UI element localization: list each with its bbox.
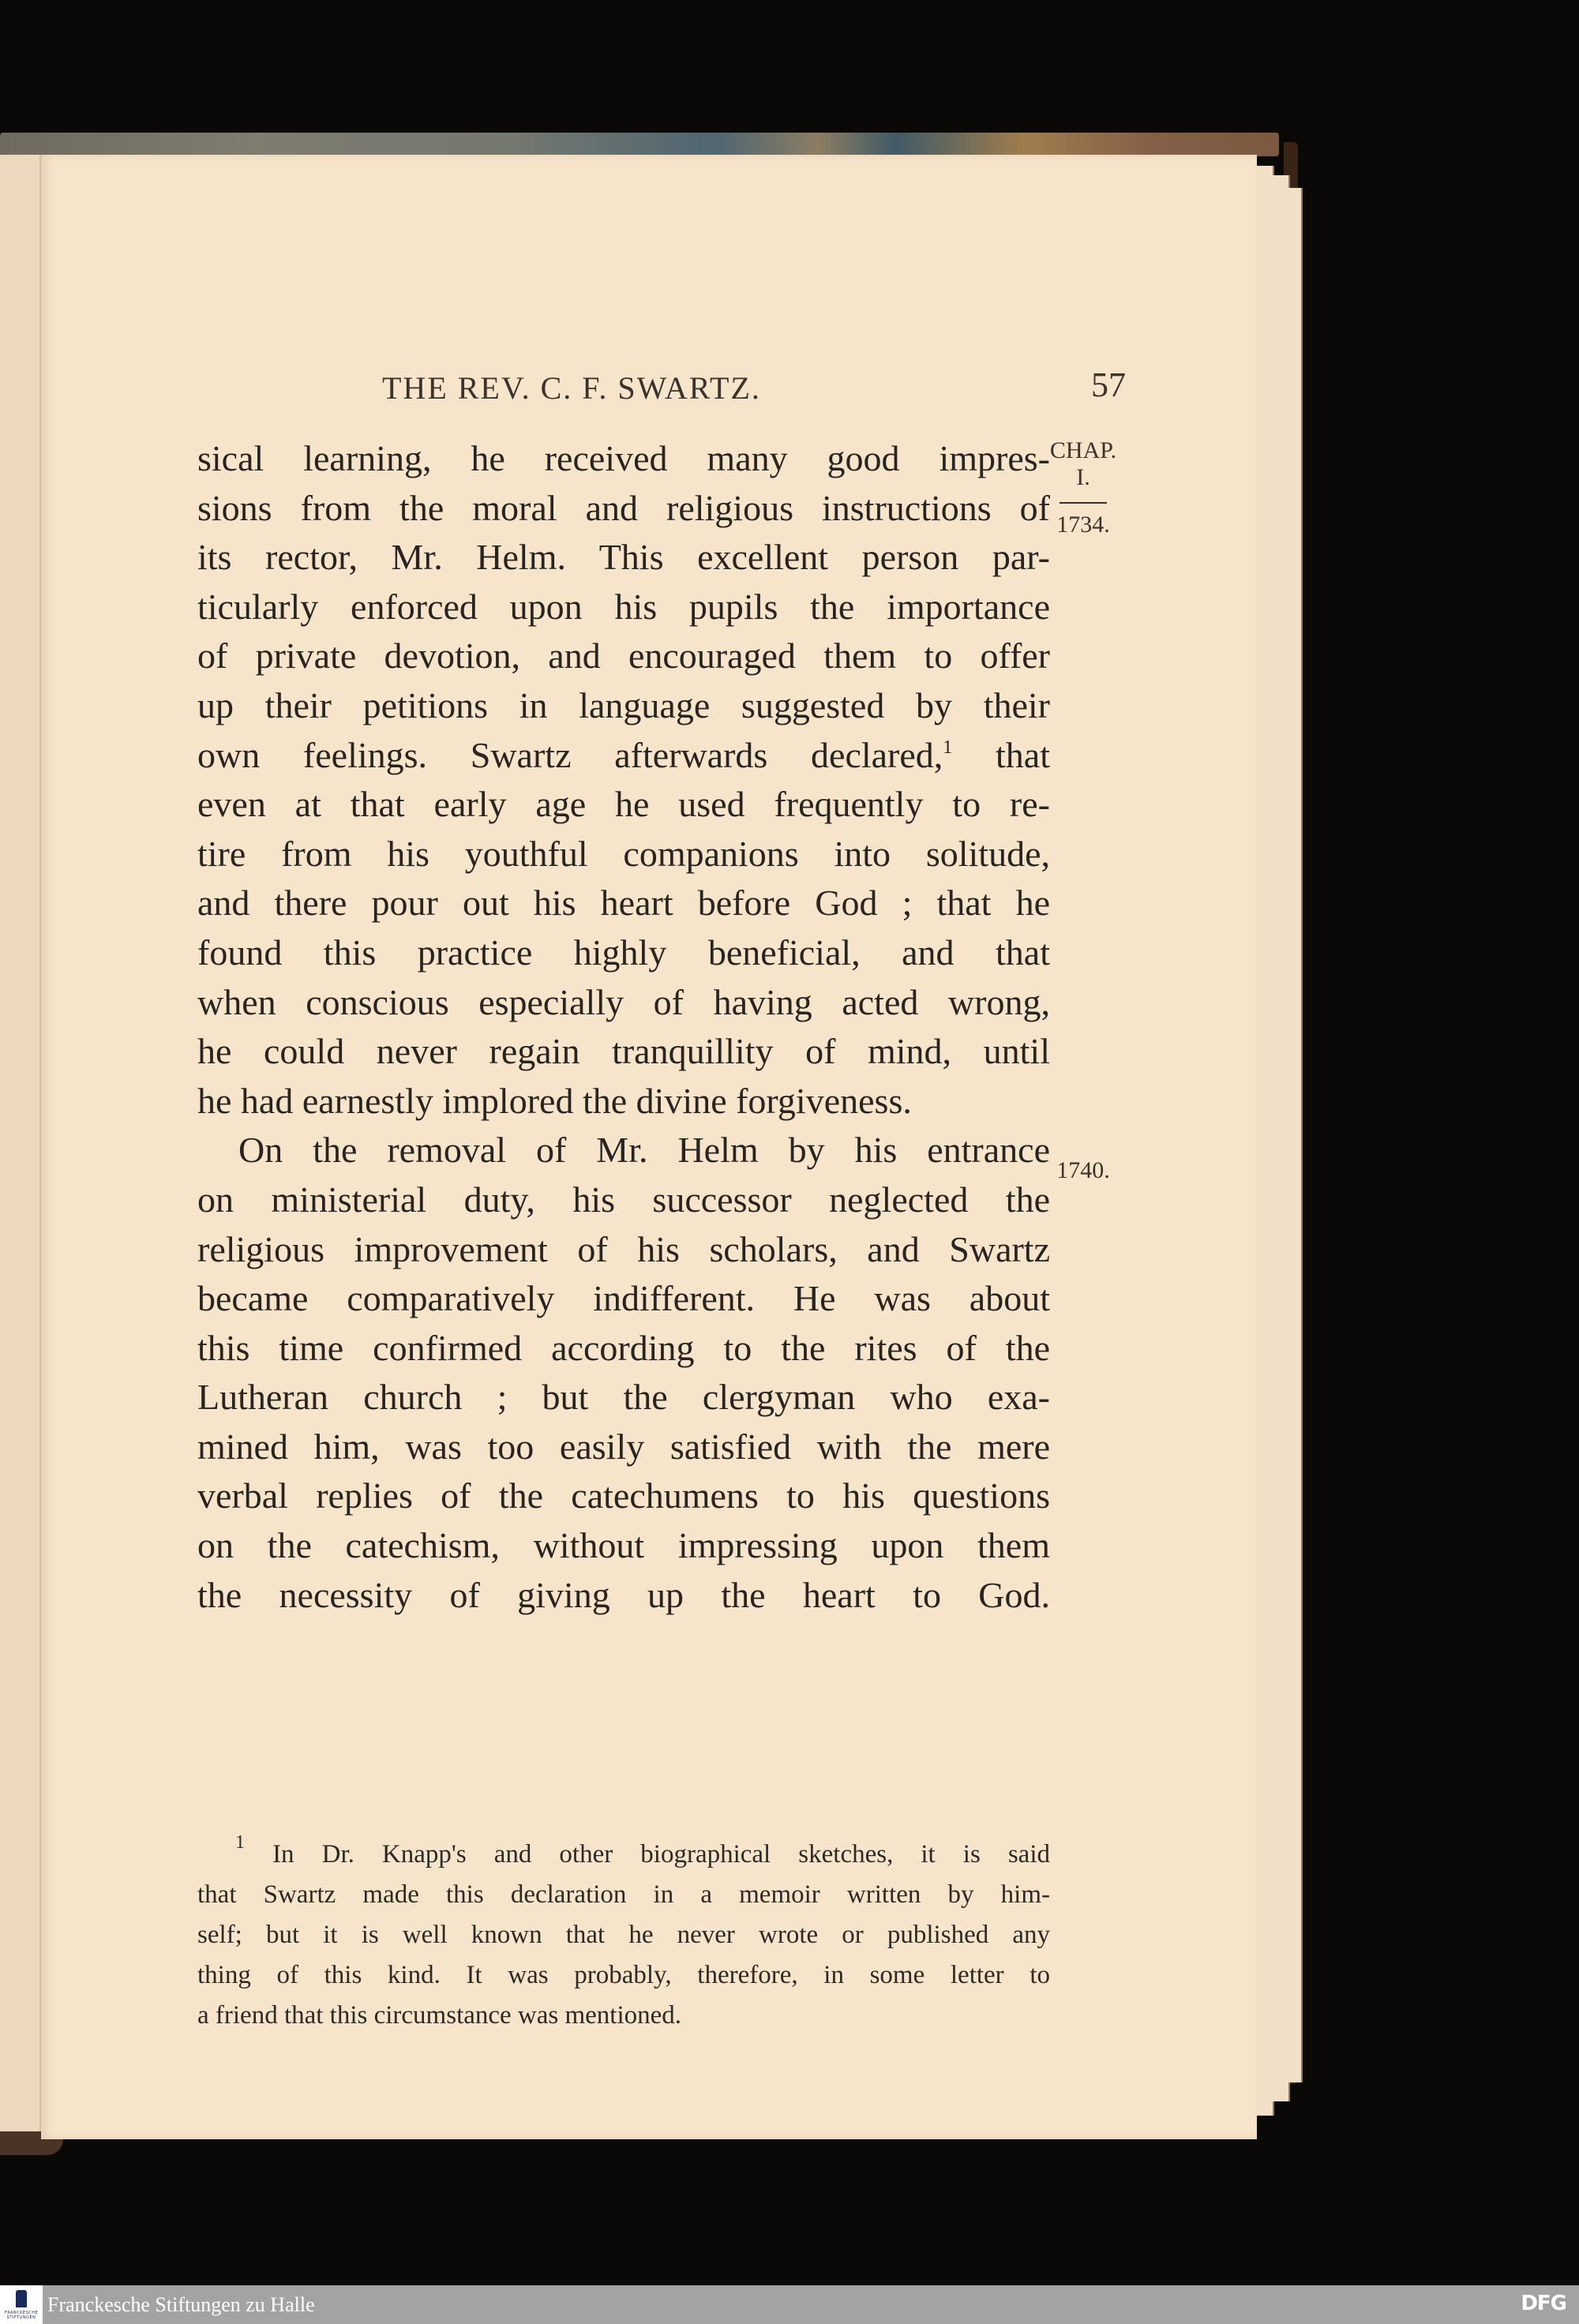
footnote: 1 In Dr. Knapp's and other biographical … <box>197 1835 1050 2036</box>
body-line: On the removal of Mr. Helm by his entran… <box>197 1126 1050 1175</box>
franckesche-statue-icon <box>16 2290 27 2307</box>
page-stack-edge <box>1288 188 1303 2082</box>
body-line-text: own feelings. Swartz afterwards declared… <box>197 735 943 775</box>
body-line: up their petitions in language suggested… <box>197 681 1050 731</box>
margin-rule <box>1060 502 1107 504</box>
footnote-line: thing of this kind. It was probably, the… <box>197 1955 1050 1996</box>
page-number: 57 <box>1091 365 1126 405</box>
body-line: religious improvement of his scholars, a… <box>197 1225 1050 1275</box>
dfg-logo[interactable]: DFG <box>1521 2292 1566 2315</box>
logo-caption: FRANCKESCHE STIFTUNGEN <box>2 2311 41 2320</box>
book-page: THE REV. C. F. SWARTZ. 57 CHAP. I. 1734.… <box>41 155 1257 2139</box>
footnote-line: a friend that this circumstance was ment… <box>197 1996 1050 2036</box>
body-line: ticularly enforced upon his pupils the i… <box>197 583 1050 632</box>
body-line: he had earnestly implored the divine for… <box>197 1077 1050 1126</box>
institution-name[interactable]: Franckesche Stiftungen zu Halle <box>47 2293 315 2317</box>
book-binding <box>0 133 1279 156</box>
footnote-text: In Dr. Knapp's and other biographical sk… <box>272 1840 1050 1869</box>
body-line: sions from the moral and religious instr… <box>197 484 1050 534</box>
body-line-with-footnote: own feelings. Swartz afterwards declared… <box>197 731 1050 781</box>
body-line: and there pour out his heart before God … <box>197 879 1050 928</box>
footnote-line: 1 In Dr. Knapp's and other biographical … <box>197 1835 1050 1875</box>
running-head: THE REV. C. F. SWARTZ. <box>382 369 761 407</box>
body-line: its rector, Mr. Helm. This excellent per… <box>197 533 1050 583</box>
body-line: on the catechism, without impressing upo… <box>197 1521 1050 1571</box>
body-text: sical learning, he received many good im… <box>197 434 1050 1620</box>
body-line: verbal replies of the catechumens to his… <box>197 1471 1050 1521</box>
body-line: of private devotion, and encouraged them… <box>197 632 1050 681</box>
body-line: this time confirmed according to the rit… <box>197 1324 1050 1374</box>
body-line: mined him, was too easily satisfied with… <box>197 1423 1050 1472</box>
page-stack-edge <box>1255 166 1274 2116</box>
footnote-line: that Swartz made this declaration in a m… <box>197 1875 1050 1915</box>
body-line: sical learning, he received many good im… <box>197 434 1050 484</box>
footnote-marker: 1 <box>235 1832 245 1853</box>
body-line: he could never regain tranquillity of mi… <box>197 1027 1050 1077</box>
page-stack-edge <box>1273 175 1290 2101</box>
body-line-text: that <box>996 735 1050 775</box>
margin-year-1740: 1740. <box>1056 1157 1110 1183</box>
attribution-bar: FRANCKESCHE STIFTUNGEN Franckesche Stift… <box>0 2285 1579 2324</box>
footnote-line: self; but it is well known that he never… <box>197 1915 1050 1955</box>
body-line: Lutheran church ; but the clergyman who … <box>197 1373 1050 1423</box>
body-line: became comparatively indifferent. He was… <box>197 1274 1050 1324</box>
body-line: the necessity of giving up the heart to … <box>197 1571 1050 1621</box>
institution-logo[interactable]: FRANCKESCHE STIFTUNGEN <box>0 2285 43 2324</box>
body-line: when conscious especially of having acte… <box>197 978 1050 1028</box>
body-line: on ministerial duty, his successor negle… <box>197 1175 1050 1225</box>
body-line: tire from his youthful companions into s… <box>197 830 1050 879</box>
left-facing-page <box>0 155 42 2136</box>
footnote-reference: 1 <box>943 737 952 758</box>
body-line: found this practice highly beneficial, a… <box>197 928 1050 978</box>
body-line: even at that early age he used frequentl… <box>197 780 1050 830</box>
